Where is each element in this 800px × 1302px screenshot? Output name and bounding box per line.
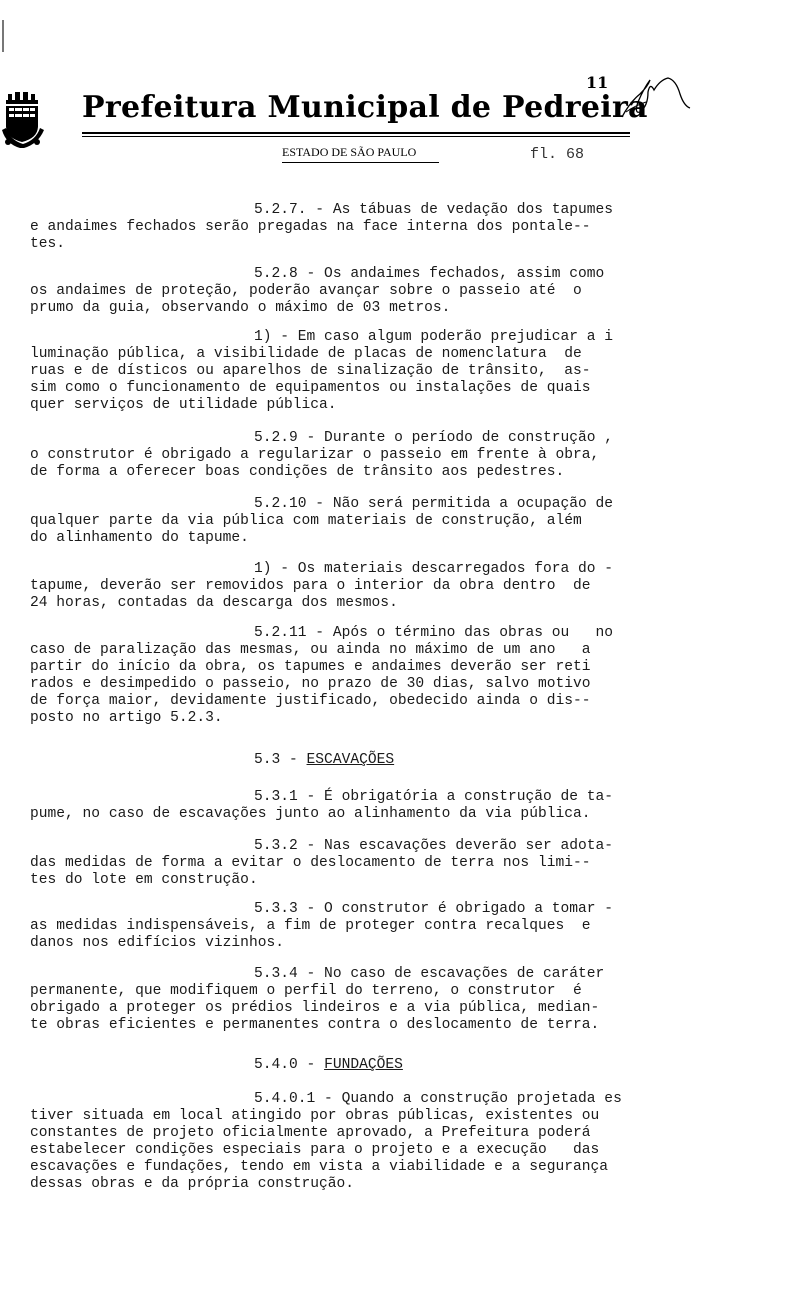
paragraph-line: 24 horas, contadas da descarga dos mesmo…	[30, 595, 398, 612]
section-heading-fundacoes: 5.4.0 - FUNDAÇÕES	[254, 1057, 403, 1074]
paragraph-line: 5.2.11 - Após o término das obras ou no	[254, 625, 613, 642]
paragraph-line: 5.3.4 - No caso de escavações de caráter	[254, 966, 604, 983]
paragraph-line: caso de paralização das mesmas, ou ainda…	[30, 642, 591, 659]
paragraph-line: pume, no caso de escavações junto ao ali…	[30, 806, 591, 823]
paragraph-line: ruas e de dísticos ou aparelhos de sinal…	[30, 363, 591, 380]
state-subtitle: ESTADO DE SÃO PAULO	[282, 145, 416, 160]
section-number: 5.3 -	[254, 752, 307, 768]
paragraph-line: e andaimes fechados serão pregadas na fa…	[30, 219, 591, 236]
paragraph-line: 1) - Em caso algum poderão prejudicar a …	[254, 329, 613, 346]
stamped-page-number: 11	[586, 73, 608, 92]
paragraph-line: quer serviços de utilidade pública.	[30, 397, 337, 414]
state-underline	[282, 162, 439, 163]
section-heading-escavacoes: 5.3 - ESCAVAÇÕES	[254, 752, 394, 769]
paragraph-line: do alinhamento do tapume.	[30, 530, 249, 547]
paragraph-line: 5.2.9 - Durante o período de construção …	[254, 430, 613, 447]
paragraph-line: os andaimes de proteção, poderão avançar…	[30, 283, 582, 300]
paragraph-line: 5.2.7. - As tábuas de vedação dos tapume…	[254, 202, 613, 219]
paragraph-line: escavações e fundações, tendo em vista a…	[30, 1159, 608, 1176]
paragraph-line: constantes de projeto oficialmente aprov…	[30, 1125, 591, 1142]
paragraph-line: 5.3.2 - Nas escavações deverão ser adota…	[254, 838, 613, 855]
paragraph-line: das medidas de forma a evitar o deslocam…	[30, 855, 591, 872]
paragraph-line: o construtor é obrigado a regularizar o …	[30, 447, 599, 464]
paragraph-line: 5.2.8 - Os andaimes fechados, assim como	[254, 266, 604, 283]
handwritten-signature-icon	[620, 72, 715, 132]
paragraph-line: de forma a oferecer boas condições de tr…	[30, 464, 564, 481]
paragraph-line: estabelecer condições especiais para o p…	[30, 1142, 599, 1159]
paragraph-line: as medidas indispensáveis, a fim de prot…	[30, 918, 591, 935]
letterhead-rule-thin	[82, 136, 630, 137]
section-title: FUNDAÇÕES	[324, 1057, 403, 1073]
paragraph-line: obrigado a proteger os prédios lindeiros…	[30, 1000, 599, 1017]
paragraph-line: partir do início da obra, os tapumes e a…	[30, 659, 591, 676]
paragraph-line: luminação pública, a visibilidade de pla…	[30, 346, 582, 363]
paragraph-line: te obras eficientes e permanentes contra…	[30, 1017, 599, 1034]
paragraph-line: qualquer parte da via pública com materi…	[30, 513, 582, 530]
paragraph-line: 5.2.10 - Não será permitida a ocupação d…	[254, 496, 613, 513]
folio-number: fl. 68	[530, 146, 584, 163]
paragraph-line: danos nos edifícios vizinhos.	[30, 935, 284, 952]
paragraph-line: 1) - Os materiais descarregados fora do …	[254, 561, 613, 578]
paragraph-line: 5.3.1 - É obrigatória a construção de ta…	[254, 789, 613, 806]
section-title: ESCAVAÇÕES	[307, 752, 395, 768]
letterhead-rule	[82, 132, 630, 134]
municipal-crest-icon	[2, 90, 44, 150]
section-number: 5.4.0 -	[254, 1057, 324, 1073]
paragraph-line: 5.3.3 - O construtor é obrigado a tomar …	[254, 901, 613, 918]
paragraph-line: de força maior, devidamente justificado,…	[30, 693, 591, 710]
scan-edge-mark	[2, 20, 4, 52]
paragraph-line: 5.4.0.1 - Quando a construção projetada …	[254, 1091, 622, 1108]
paragraph-line: tes do lote em construção.	[30, 872, 258, 889]
paragraph-line: dessas obras e da própria construção.	[30, 1176, 354, 1193]
paragraph-line: rados e desimpedido o passeio, no prazo …	[30, 676, 591, 693]
paragraph-line: permanente, que modifiquem o perfil do t…	[30, 983, 582, 1000]
paragraph-line: prumo da guia, observando o máximo de 03…	[30, 300, 450, 317]
paragraph-line: tes.	[30, 236, 65, 253]
paragraph-line: tapume, deverão ser removidos para o int…	[30, 578, 591, 595]
paragraph-line: tiver situada em local atingido por obra…	[30, 1108, 599, 1125]
paragraph-line: sim como o funcionamento de equipamentos…	[30, 380, 591, 397]
paragraph-line: posto no artigo 5.2.3.	[30, 710, 223, 727]
letterhead-title: Prefeitura Municipal de Pedreira	[82, 90, 648, 125]
